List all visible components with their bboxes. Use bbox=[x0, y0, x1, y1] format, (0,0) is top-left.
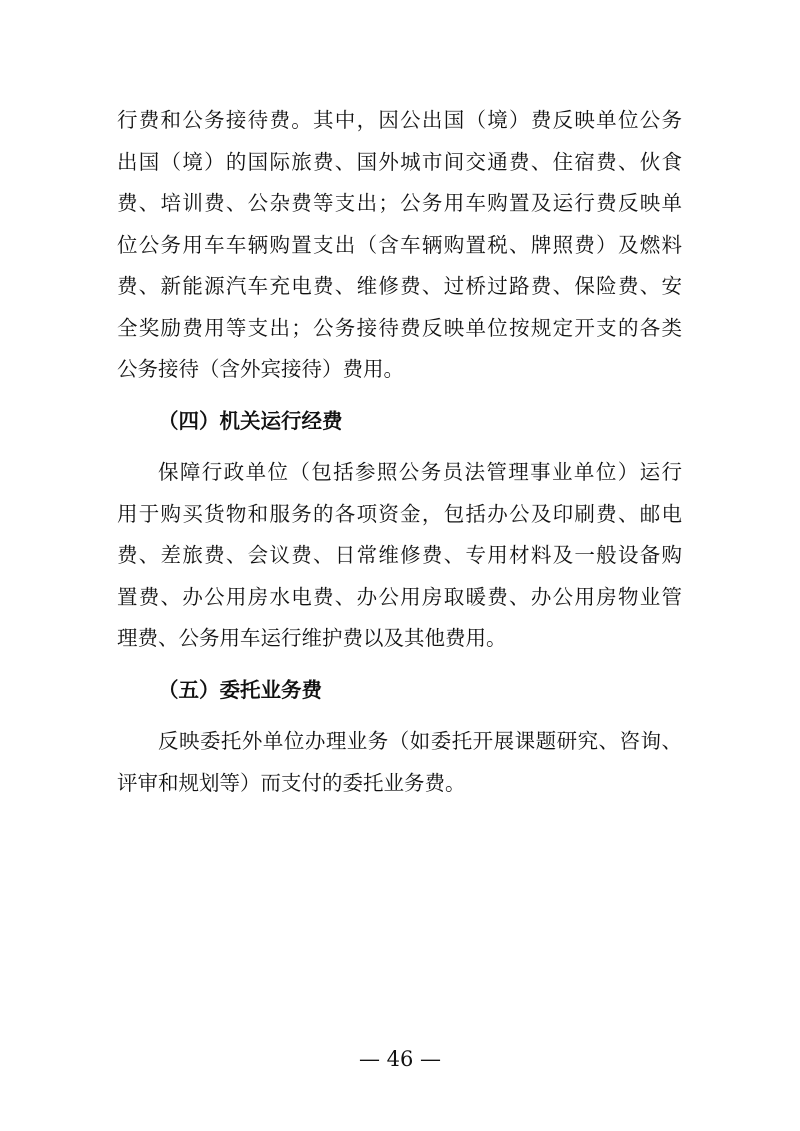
text-line: 保障行政单位（包括参照公务员法管理事业单位）运行 bbox=[117, 452, 682, 494]
text-line: 费、新能源汽车充电费、维修费、过桥过路费、保险费、安 bbox=[117, 266, 682, 308]
section-heading-5: （五）委托业务费 bbox=[117, 670, 682, 712]
text-line: 公务接待（含外宾接待）费用。 bbox=[117, 349, 682, 391]
text-line: 反映委托外单位办理业务（如委托开展课题研究、咨询、 bbox=[117, 721, 682, 763]
text-line: 费、培训费、公杂费等支出；公务用车购置及运行费反映单 bbox=[117, 183, 682, 225]
text-line: 置费、办公用房水电费、办公用房取暖费、办公用房物业管 bbox=[117, 577, 682, 619]
paragraph-continuation: 行费和公务接待费。其中，因公出国（境）费反映单位公务出国（境）的国际旅费、国外城… bbox=[117, 100, 682, 391]
text-line: 理费、公务用车运行维护费以及其他费用。 bbox=[117, 618, 682, 660]
section-4-paragraph: 保障行政单位（包括参照公务员法管理事业单位）运行用于购买货物和服务的各项资金，包… bbox=[117, 452, 682, 660]
text-line: 用于购买货物和服务的各项资金，包括办公及印刷费、邮电 bbox=[117, 494, 682, 536]
page-footer: — 46 — bbox=[0, 1046, 800, 1072]
page-number: — 46 — bbox=[359, 1047, 441, 1071]
text-line: 费、差旅费、会议费、日常维修费、专用材料及一般设备购 bbox=[117, 535, 682, 577]
document-page: 行费和公务接待费。其中，因公出国（境）费反映单位公务出国（境）的国际旅费、国外城… bbox=[0, 0, 800, 1131]
text-line: 评审和规划等）而支付的委托业务费。 bbox=[117, 763, 682, 805]
text-line: 全奖励费用等支出；公务接待费反映单位按规定开支的各类 bbox=[117, 308, 682, 350]
page-body: 行费和公务接待费。其中，因公出国（境）费反映单位公务出国（境）的国际旅费、国外城… bbox=[117, 100, 682, 804]
text-line: 位公务用车车辆购置支出（含车辆购置税、牌照费）及燃料 bbox=[117, 225, 682, 267]
text-line: 出国（境）的国际旅费、国外城市间交通费、住宿费、伙食 bbox=[117, 142, 682, 184]
text-line: 行费和公务接待费。其中，因公出国（境）费反映单位公务 bbox=[117, 100, 682, 142]
section-heading-4: （四）机关运行经费 bbox=[117, 401, 682, 443]
section-5-paragraph: 反映委托外单位办理业务（如委托开展课题研究、咨询、评审和规划等）而支付的委托业务… bbox=[117, 721, 682, 804]
